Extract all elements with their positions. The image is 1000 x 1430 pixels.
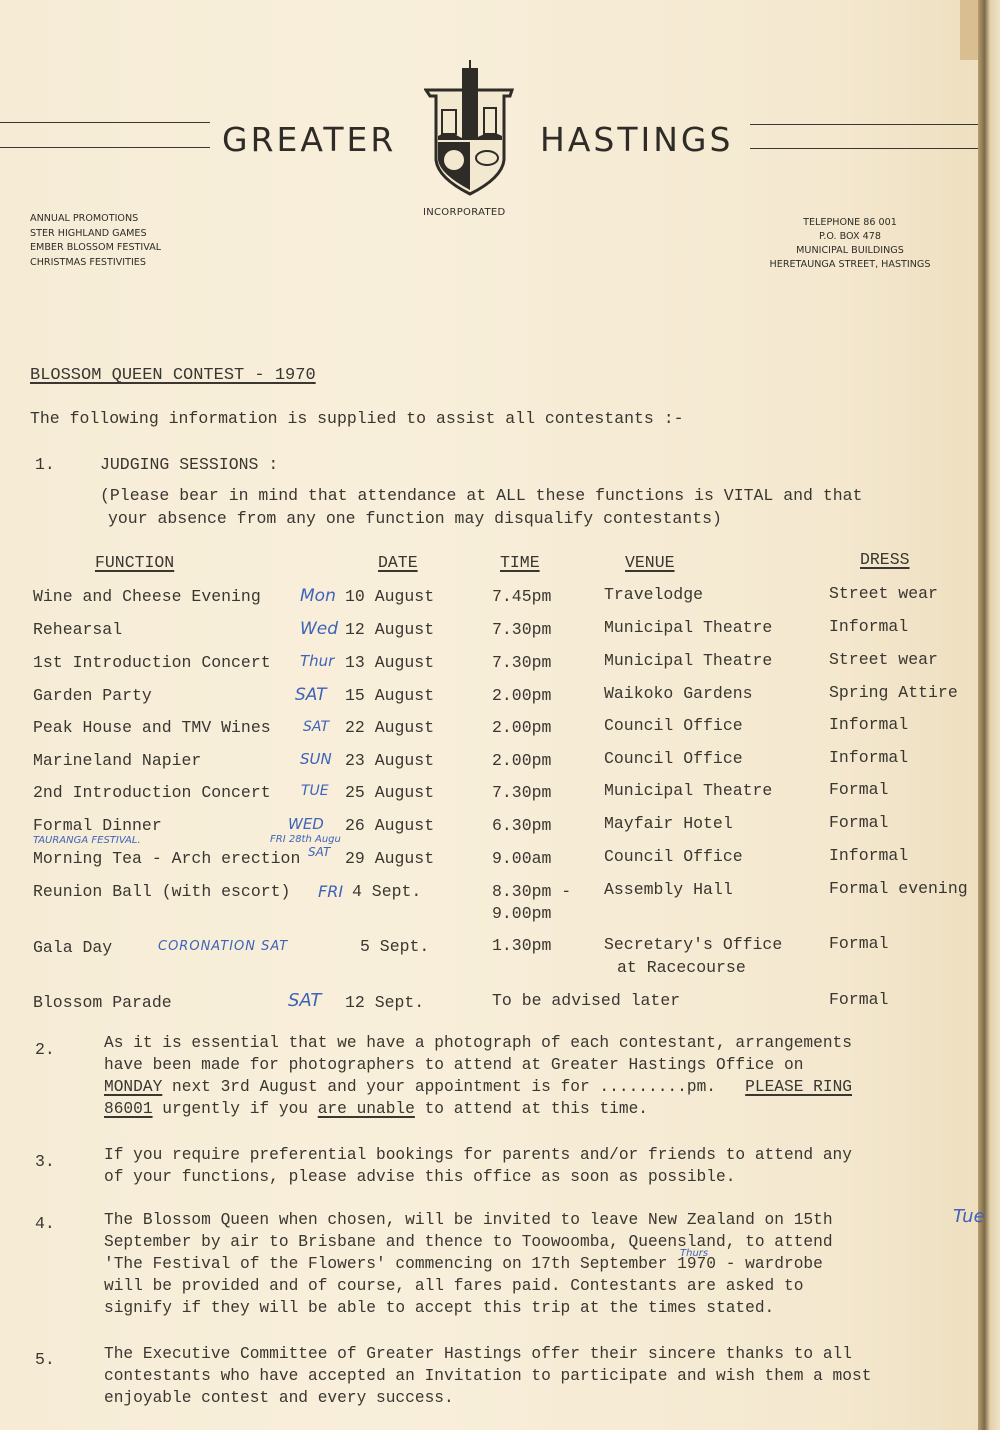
text-span: next 3rd August and your appointment is … (162, 1078, 745, 1096)
handwritten-note: TAURANGA FESTIVAL. (33, 835, 141, 846)
cell-function: Peak House and TMV Wines (33, 718, 271, 737)
handwritten-day: CORONATION SAT (158, 939, 288, 954)
section1-note: (Please bear in mind that attendance at … (100, 486, 862, 505)
activity-item: EMBER BLOSSOM FESTIVAL (30, 241, 161, 256)
cell-time: 9.00am (492, 849, 551, 868)
handwritten-day: Thur (300, 652, 334, 670)
handwritten-note: FRI 28th Augu (270, 834, 341, 845)
activity-item: STER HIGHLAND GAMES (30, 227, 161, 242)
cell-dress: Informal (829, 715, 908, 734)
cell-venue: Council Office (604, 847, 743, 866)
section1-heading: JUDGING SESSIONS : (100, 455, 278, 474)
cell-dress: Spring Attire (829, 683, 958, 702)
cell-venue: Waikoko Gardens (604, 684, 753, 703)
cell-dress: Formal (829, 934, 888, 953)
cell-dress: Informal (829, 617, 908, 636)
header-function: FUNCTION (95, 553, 174, 572)
section3-paragraph: If you require preferential bookings for… (104, 1144, 974, 1188)
cell-date: 13 August (345, 653, 434, 672)
cell-function: Marineland Napier (33, 751, 201, 770)
cell-venue: Municipal Theatre (604, 618, 772, 637)
handwritten-day: SAT (303, 719, 329, 735)
contact-block: TELEPHONE 86 001 P.O. BOX 478 MUNICIPAL … (750, 216, 950, 272)
contact-pobox: P.O. BOX 478 (750, 230, 950, 244)
paragraph-line: will be provided and of course, all fare… (104, 1275, 974, 1297)
handwritten-day: SUN (300, 750, 332, 768)
contact-phone: TELEPHONE 86 001 (750, 216, 950, 230)
section-number: 5. (35, 1350, 55, 1369)
cell-time: 2.00pm (492, 718, 551, 737)
cell-venue: Municipal Theatre (604, 651, 772, 670)
intro-text: The following information is supplied to… (30, 409, 684, 428)
cell-venue-line2: at Racecourse (617, 958, 746, 977)
cell-function: 2nd Introduction Concert (33, 783, 271, 802)
paragraph-line: 86001 urgently if you are unable to atte… (104, 1098, 974, 1120)
emphasis-unable: are unable (318, 1100, 415, 1118)
activity-item: ANNUAL PROMOTIONS (30, 212, 161, 227)
cell-date: 4 Sept. (352, 882, 421, 901)
phone-number: 86001 (104, 1100, 153, 1118)
paragraph-line: MONDAY next 3rd August and your appointm… (104, 1076, 974, 1098)
handwritten-day: SAT (288, 990, 321, 1011)
cell-dress: Street wear (829, 650, 938, 669)
letterhead-greater: GREATER (222, 120, 396, 159)
letterhead-hastings: HASTINGS (540, 120, 733, 159)
rule-line (0, 147, 210, 148)
handwritten-day: TUE (301, 783, 329, 799)
emphasis-monday: MONDAY (104, 1078, 162, 1096)
section-number: 4. (35, 1214, 55, 1233)
cell-venue: Mayfair Hotel (604, 814, 733, 833)
contact-building: MUNICIPAL BUILDINGS (750, 244, 950, 258)
paragraph-line: enjoyable contest and every success. (104, 1387, 974, 1409)
cell-dress: Street wear (829, 584, 938, 603)
paragraph-line: 'The Festival of the Flowers' commencing… (104, 1253, 974, 1275)
section2-paragraph: As it is essential that we have a photog… (104, 1032, 974, 1120)
cell-dress: Informal (829, 846, 908, 865)
cell-dress: Informal (829, 748, 908, 767)
handwritten-note: Thurs (680, 1248, 708, 1259)
cell-function: Reunion Ball (with escort) (33, 882, 290, 901)
crest-logo-icon (424, 60, 516, 200)
cell-venue: Secretary's Office (604, 935, 782, 954)
contact-street: HERETAUNGA STREET, HASTINGS (750, 258, 950, 272)
cell-time: 7.30pm (492, 653, 551, 672)
cell-venue: Travelodge (604, 585, 703, 604)
cell-date: 12 Sept. (345, 993, 424, 1012)
handwritten-day: SAT (295, 685, 327, 705)
emphasis-please-ring: PLEASE RING (745, 1078, 852, 1096)
paragraph-line: As it is essential that we have a photog… (104, 1032, 974, 1054)
cell-time: 2.00pm (492, 751, 551, 770)
rule-line (750, 124, 978, 125)
handwritten-day: Wed (300, 619, 338, 639)
cell-time: 7.30pm (492, 620, 551, 639)
cell-date: 29 August (345, 849, 434, 868)
cell-function: Wine and Cheese Evening (33, 587, 261, 606)
paragraph-line: have been made for photographers to atte… (104, 1054, 974, 1076)
cell-time: To be advised later (492, 991, 680, 1010)
cell-date: 22 August (345, 718, 434, 737)
header-venue: VENUE (625, 553, 675, 572)
cell-function: Rehearsal (33, 620, 122, 639)
cell-time: 7.30pm (492, 783, 551, 802)
section4-paragraph: The Blossom Queen when chosen, will be i… (104, 1209, 974, 1319)
document-title: BLOSSOM QUEEN CONTEST - 1970 (30, 366, 316, 385)
section5-paragraph: The Executive Committee of Greater Hasti… (104, 1343, 974, 1409)
cell-venue: Assembly Hall (604, 880, 733, 899)
handwritten-day: Mon (300, 586, 336, 606)
handwritten-day: WED (288, 815, 324, 833)
cell-time: 2.00pm (492, 686, 551, 705)
cell-date: 25 August (345, 783, 434, 802)
cell-function: 1st Introduction Concert (33, 653, 271, 672)
activity-item: CHRISTMAS FESTIVITIES (30, 256, 161, 271)
cell-function: Gala Day (33, 938, 112, 957)
cell-venue: Municipal Theatre (604, 781, 772, 800)
cell-date: 10 August (345, 587, 434, 606)
crest-label: INCORPORATED (423, 207, 505, 218)
cell-time-end: 9.00pm (492, 904, 551, 923)
cell-date: 5 Sept. (360, 937, 429, 956)
text-span: to attend at this time. (415, 1100, 648, 1118)
cell-function: Garden Party (33, 686, 152, 705)
cell-function: Formal Dinner (33, 816, 162, 835)
cell-time: 6.30pm (492, 816, 551, 835)
cell-time: 8.30pm - (492, 882, 571, 901)
paragraph-line: The Executive Committee of Greater Hasti… (104, 1343, 974, 1365)
cell-time: 7.45pm (492, 587, 551, 606)
header-dress: DRESS (860, 550, 910, 569)
paragraph-line: signify if they will be able to accept t… (104, 1297, 974, 1319)
paragraph-line: of your functions, please advise this of… (104, 1166, 974, 1188)
cell-date: 26 August (345, 816, 434, 835)
section-number: 1. (35, 455, 55, 474)
cell-dress: Formal (829, 990, 888, 1009)
cell-function: Morning Tea - Arch erection (33, 849, 300, 868)
activities-list: ANNUAL PROMOTIONS STER HIGHLAND GAMES EM… (30, 212, 161, 270)
cell-date: 12 August (345, 620, 434, 639)
paragraph-line: September by air to Brisbane and thence … (104, 1231, 974, 1253)
cell-dress: Formal evening (829, 879, 968, 898)
cell-venue: Council Office (604, 716, 743, 735)
handwritten-day: FRI (318, 882, 343, 901)
handwritten-margin-note: Tue (953, 1206, 985, 1227)
section1-note: your absence from any one function may d… (108, 509, 722, 528)
cell-date: 23 August (345, 751, 434, 770)
rule-line (750, 148, 978, 149)
cell-venue: Council Office (604, 749, 743, 768)
cell-function: Blossom Parade (33, 993, 172, 1012)
paragraph-line: The Blossom Queen when chosen, will be i… (104, 1209, 974, 1231)
text-span: urgently if you (153, 1100, 318, 1118)
rule-line (0, 122, 210, 123)
header-time: TIME (500, 553, 540, 572)
cell-dress: Formal (829, 780, 888, 799)
paragraph-line: If you require preferential bookings for… (104, 1144, 974, 1166)
paper-stain (960, 0, 978, 60)
section-number: 3. (35, 1152, 55, 1171)
cell-date: 15 August (345, 686, 434, 705)
header-date: DATE (378, 553, 418, 572)
cell-time: 1.30pm (492, 936, 551, 955)
paragraph-line: contestants who have accepted an Invitat… (104, 1365, 974, 1387)
handwritten-day: SAT (308, 845, 330, 859)
section-number: 2. (35, 1040, 55, 1059)
cell-dress: Formal (829, 813, 888, 832)
